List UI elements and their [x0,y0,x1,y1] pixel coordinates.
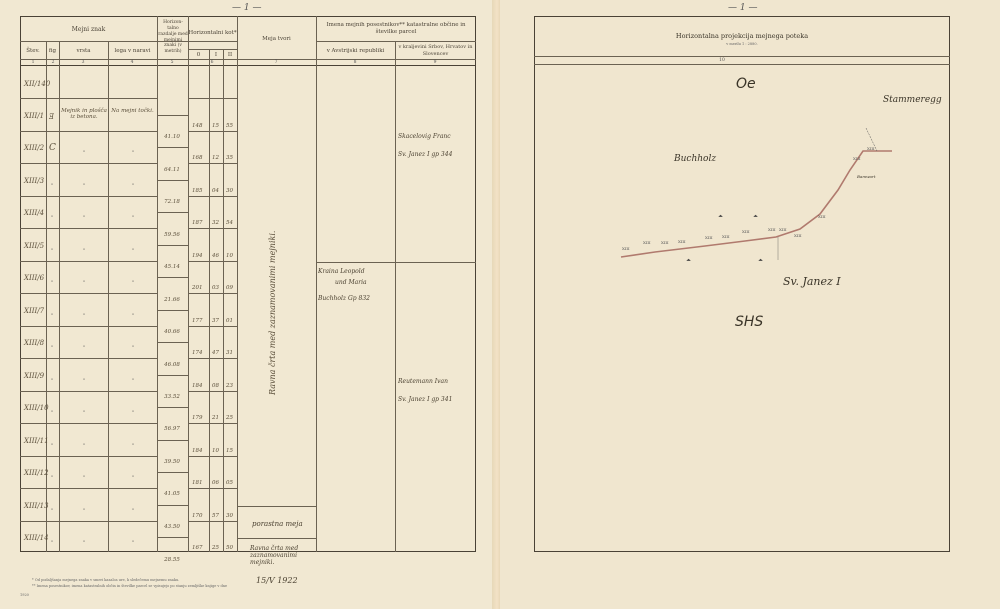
left-page: — 1 — Mejni znak Štev. fig vrsta lega v … [0,0,492,609]
angle-deg: 181 [192,480,203,486]
angle-min: 47 [212,350,219,356]
distance-value: 40.66 [152,329,192,335]
distance-value: 41.05 [152,491,192,497]
footnote: ** Imena posestnikov, imena katastralnih… [32,584,227,588]
ditto-mark: " [51,313,53,319]
svg-text:XIII: XIII [794,233,802,238]
col-number: 6 [202,60,222,65]
svg-text:XIII: XIII [643,240,651,245]
ditto-mark: " [51,215,53,221]
boundary-description-vertical: Ravna črta med zaznamovanimi mejniki. [268,231,277,395]
ditto-mark: " [132,248,134,254]
svg-text:⏶: ⏶ [686,257,691,264]
boundary-description-row14: Ravna črta med zaznamovanimi mejniki. [250,545,314,567]
col-number: 5 [162,60,182,65]
header-angle-sec: II [223,52,237,59]
ditto-mark: " [132,508,134,514]
header-boundary-formed-by: Meja tvori [237,36,316,43]
mark-number: XIII/9 [24,372,44,380]
angle-sec: 09 [226,285,233,291]
ditto-mark: " [51,280,53,286]
angle-sec: 35 [226,155,233,161]
ditto-mark: " [132,475,134,481]
svg-text:⏶: ⏶ [718,213,723,220]
svg-text:XIII: XIII [705,235,713,240]
ditto-mark: " [51,540,53,546]
distance-value: 59.56 [152,232,192,238]
right-page: — 1 — Horizontalna projekcija mejnega po… [500,0,1000,609]
ditto-mark: " [51,443,53,449]
angle-min: 03 [212,285,219,291]
angle-sec: 25 [226,415,233,421]
owner-shs-parcel: Sv. Janez I gp 344 [398,151,452,158]
signature-date: 15/V 1922 [256,576,298,585]
angle-min: 37 [212,318,219,324]
ditto-mark: " [83,443,85,449]
distance-value: 33.52 [152,394,192,400]
col-number: 3 [73,60,93,65]
mark-number: XIII/6 [24,274,44,282]
owner-shs-name: Reutemann Ivan [398,378,448,385]
svg-text:XIII: XIII [768,227,776,232]
ditto-mark: " [132,378,134,384]
angle-min: 25 [212,545,219,551]
fig-value: C [49,143,56,153]
ditto-mark: " [132,443,134,449]
boundary-line-map: XIIIXIIIXIII XIIIXIIIXIII XIIIXIIIXIII X… [500,0,1000,609]
col-number: 8 [345,60,365,65]
ditto-mark: " [83,410,85,416]
distance-value: 21.66 [152,297,192,303]
mark-number: XIII/8 [24,339,44,347]
mark-number: XIII/5 [24,242,44,250]
ditto-mark: " [83,183,85,189]
mark-number: XIII/11 [24,437,49,445]
angle-min: 10 [212,448,219,454]
angle-sec: 01 [226,318,233,324]
angle-min: 06 [212,480,219,486]
svg-text:XIII: XIII [661,240,669,245]
header-angle-deg: 0 [188,52,209,59]
svg-text:XIII: XIII [779,227,787,232]
ditto-mark: " [51,345,53,351]
header-num: Štev. [20,48,46,55]
ditto-mark: " [132,280,134,286]
angle-sec: 15 [226,448,233,454]
ditto-mark: " [51,475,53,481]
distance-value: 72.18 [152,199,192,205]
col-number: 9 [425,60,445,65]
mark-number: XIII/13 [24,502,49,510]
fig-value: Ǝ [49,113,54,121]
ditto-mark: " [83,378,85,384]
angle-min: 15 [212,123,219,129]
header-position: lega v naravi [108,48,157,55]
svg-text:XIII: XIII [722,234,730,239]
distance-value: 46.08 [152,362,192,368]
svg-text:⏶: ⏶ [758,257,763,264]
ditto-mark: " [83,540,85,546]
ditto-mark: " [132,183,134,189]
type-value: Mejnik in plošča iz betona. [61,108,107,120]
header-boundary-mark: Mejni znak [20,26,157,34]
mark-number: XII/140 [24,80,50,88]
angle-sec: 55 [226,123,233,129]
angle-min: 21 [212,415,219,421]
distance-value: 45.14 [152,264,192,270]
distance-value: 39.50 [152,459,192,465]
svg-text:XIII: XIII [622,246,630,251]
svg-text:XIII: XIII [867,146,875,151]
ditto-mark: " [83,508,85,514]
ditto-mark: " [51,508,53,514]
ditto-mark: " [132,410,134,416]
ditto-mark: " [51,248,53,254]
angle-min: 32 [212,220,219,226]
angle-deg: 174 [192,350,203,356]
header-fig: fig [46,48,59,55]
footnote: * Od podaljšanja mejnega znaka v smeri k… [32,578,179,582]
header-type: vrsta [59,48,108,55]
ditto-mark: " [51,183,53,189]
distance-value: 28.55 [152,557,192,563]
header-owners: Imena mejnih posestnikov** katastralne o… [316,22,476,36]
mark-number: XIII/10 [24,404,49,412]
header-owners-shs: v kraljevini Srbov, Hrvatov in Slovencev [395,44,476,57]
mark-number: XIII/14 [24,534,49,542]
header-angle-min: I [209,52,223,59]
angle-deg: 184 [192,383,203,389]
angle-sec: 30 [226,188,233,194]
angle-sec: 54 [226,220,233,226]
distance-value: 41.10 [152,134,192,140]
distance-value: 64.11 [152,167,192,173]
header-owners-austria: v Avstrijski republiki [316,48,395,55]
angle-deg: 179 [192,415,203,421]
owner-shs-name: Skacelovig Franc [398,133,451,140]
angle-deg: 168 [192,155,203,161]
mark-number: XIII/1 [24,112,44,120]
boundary-table [20,16,476,552]
angle-deg: 170 [192,513,203,519]
angle-sec: 50 [226,545,233,551]
angle-min: 04 [212,188,219,194]
ditto-mark: " [83,345,85,351]
angle-min: 46 [212,253,219,259]
angle-deg: 185 [192,188,203,194]
col-number: 1 [23,60,43,65]
ditto-mark: " [51,378,53,384]
angle-deg: 184 [192,448,203,454]
mark-number: XIII/12 [24,469,49,477]
angle-deg: 167 [192,545,203,551]
owner-austria-parcel: Buchholz Gp 832 [318,295,370,302]
ditto-mark: " [132,540,134,546]
ditto-mark: " [83,313,85,319]
mark-number: XIII/4 [24,209,44,217]
mark-number: XIII/7 [24,307,44,315]
ditto-mark: " [132,345,134,351]
svg-text:XIII: XIII [742,229,750,234]
angle-min: 57 [212,513,219,519]
angle-min: 12 [212,155,219,161]
angle-deg: 187 [192,220,203,226]
page-number: — 1 — [232,3,261,13]
ditto-mark: " [83,248,85,254]
angle-sec: 23 [226,383,233,389]
angle-deg: 177 [192,318,203,324]
distance-value: 43.50 [152,524,192,530]
svg-text:⏶: ⏶ [753,213,758,220]
angle-deg: 148 [192,123,203,129]
boundary-description-row13: porastna meja [252,520,303,528]
ditto-mark: " [83,280,85,286]
col-number: 4 [122,60,142,65]
ditto-mark: " [132,313,134,319]
angle-deg: 194 [192,253,203,259]
col-number: 2 [43,60,63,65]
header-distance: Horizon-talno razdalje med mejnimi znaki… [158,20,188,55]
svg-text:XIII: XIII [818,214,826,219]
mark-number: XIII/2 [24,144,44,152]
print-mark: 1920 [20,593,29,597]
owner-austria-name: Kraina Leopold [318,268,365,275]
mark-number: XIII/3 [24,177,44,185]
angle-sec: 05 [226,480,233,486]
ditto-mark: " [83,475,85,481]
angle-sec: 31 [226,350,233,356]
col-number: 7 [266,60,286,65]
owner-austria-name2: und Maria [335,279,367,286]
angle-deg: 201 [192,285,203,291]
angle-sec: 30 [226,513,233,519]
ditto-mark: " [132,215,134,221]
angle-min: 08 [212,383,219,389]
owner-shs-parcel: Sv. Janez I gp 341 [398,396,452,403]
distance-value: 56.97 [152,426,192,432]
angle-sec: 10 [226,253,233,259]
svg-text:XIII: XIII [678,239,686,244]
header-angle: Horizontalni kot* [188,30,237,37]
ditto-mark: " [83,215,85,221]
ditto-mark: " [132,150,134,156]
ditto-mark: " [51,410,53,416]
ditto-mark: " [83,150,85,156]
position-value: Na mejni točki. [110,108,155,114]
svg-text:XIII: XIII [853,156,861,161]
